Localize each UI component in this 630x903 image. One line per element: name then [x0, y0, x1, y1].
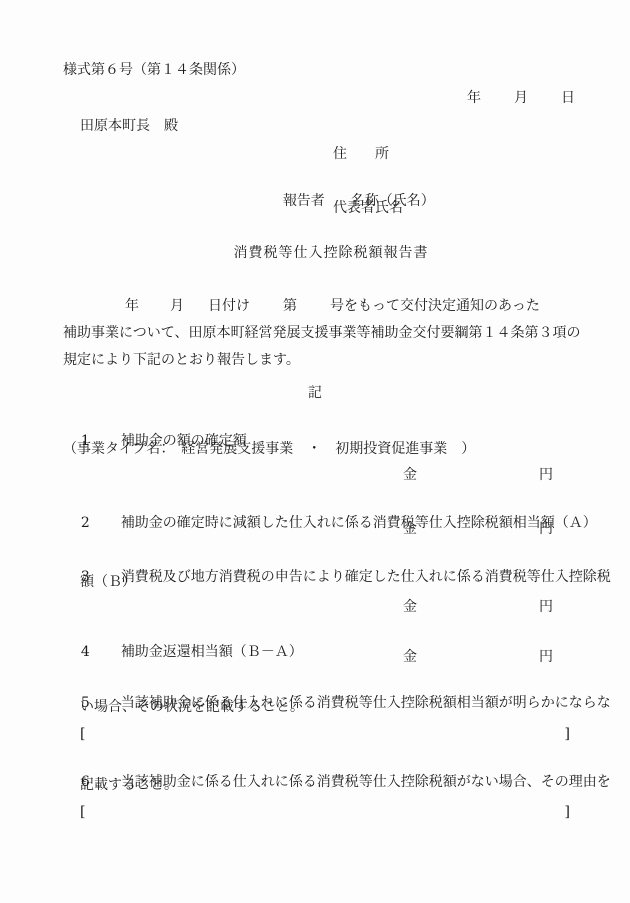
amount-row-3: 金 円: [403, 597, 553, 617]
amount-prefix-label: 金: [403, 519, 417, 539]
document-title: 消費税等仕入控除税額報告書: [32, 243, 630, 263]
currency-yen-label: 円: [539, 465, 553, 485]
intro-line-1: 年 月 日付け 第 号をもって交付決定通知のあった: [63, 296, 540, 316]
item-4-text: 補助金返還相当額（Ｂ－Ａ）: [121, 644, 303, 660]
intro-line-2: 補助事業について、田原本町経営発展支援事業等補助金交付要綱第１４条第３項の: [63, 323, 580, 343]
date-day-label: 日: [561, 88, 575, 108]
item-4-number: 4: [81, 642, 121, 662]
item-6-text-line2: 記載すること。: [80, 775, 178, 795]
bracket-close: ]: [565, 724, 570, 744]
address-label: 住 所: [333, 144, 389, 164]
date-year-label: 年: [467, 88, 481, 108]
amount-prefix-label: 金: [403, 597, 417, 617]
fill-in-area-6: [ ]: [80, 802, 570, 822]
amount-prefix-label: 金: [403, 647, 417, 667]
bracket-open: [: [80, 802, 85, 822]
currency-yen-label: 円: [539, 647, 553, 667]
form-number: 様式第６号（第１４条関係）: [63, 60, 245, 80]
amount-row-1: 金 円: [403, 465, 553, 485]
item-6-text-line1: 当該補助金に係る仕入れに係る消費税等仕入控除税額がない場合、その理由を: [121, 774, 611, 790]
item-2-number: 2: [81, 513, 121, 533]
amount-row-4: 金 円: [403, 647, 553, 667]
item-3-text-line1: 消費税及び地方消費税の申告により確定した仕入れに係る消費税等仕入控除税: [121, 569, 611, 585]
intro-line-3: 規定により下記のとおり報告します。: [63, 350, 300, 370]
item-5-text-line2: い場合、その状況を記載すること。: [80, 697, 304, 717]
currency-yen-label: 円: [539, 597, 553, 617]
intro-number-prefix: 第: [283, 296, 297, 316]
business-type-line: （事業タイプ名： 経営発展支援事業 ・ 初期投資促進事業 ）: [63, 439, 475, 459]
intro-year-label: 年: [125, 296, 139, 316]
amount-row-2: 金 円: [403, 519, 553, 539]
intro-number-suffix: 号をもって交付決定通知のあった: [330, 296, 540, 316]
record-heading: 記: [0, 383, 630, 403]
addressee: 田原本町長 殿: [80, 116, 178, 136]
report-form-document: 様式第６号（第１４条関係） 年 月 日 田原本町長 殿 住 所 報告者名称（氏名…: [0, 0, 630, 903]
date-blank-row: 年 月 日: [467, 88, 575, 108]
currency-yen-label: 円: [539, 519, 553, 539]
date-month-label: 月: [514, 88, 528, 108]
item-3-text-line2: 額（Ｂ）: [80, 572, 136, 592]
bracket-close: ]: [565, 802, 570, 822]
intro-day-label: 日付け: [208, 296, 250, 316]
bracket-open: [: [80, 724, 85, 744]
representative-name-label: 代表者氏名: [333, 198, 403, 218]
reporter-label: 報告者: [283, 193, 325, 209]
fill-in-area-5: [ ]: [80, 724, 570, 744]
intro-month-label: 月: [170, 296, 184, 316]
amount-prefix-label: 金: [403, 465, 417, 485]
